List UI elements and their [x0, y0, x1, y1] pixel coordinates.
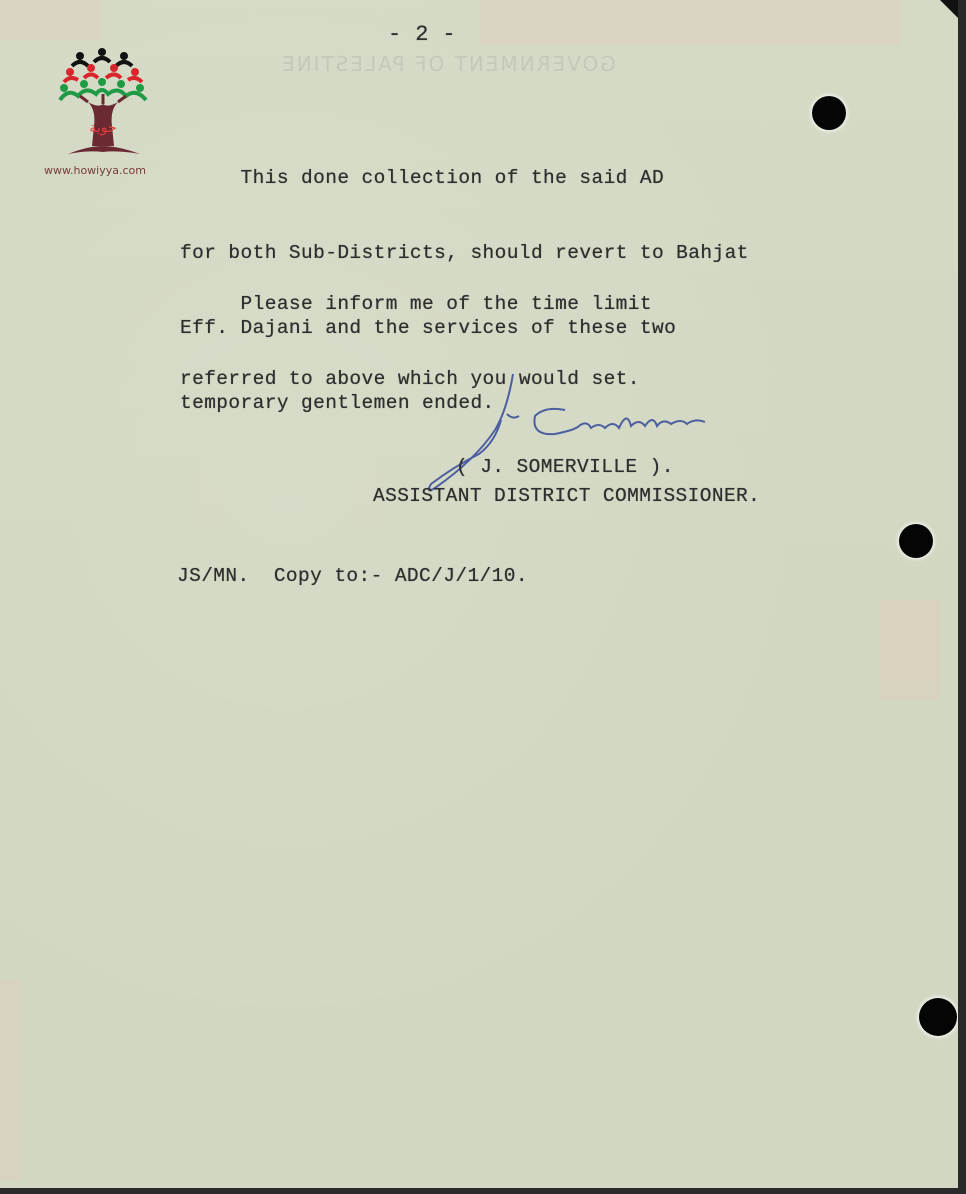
page-number: - 2 -	[388, 22, 456, 47]
text-line: This done collection of the said AD	[180, 166, 749, 191]
signatory-title: ASSISTANT DISTRICT COMMISSIONER.	[373, 484, 760, 509]
punch-hole	[812, 96, 846, 130]
paper-stain	[0, 0, 100, 40]
paper-stain	[0, 980, 22, 1180]
reference-line: JS/MN. Copy to:- ADC/J/1/10.	[177, 564, 528, 589]
tree-with-people-icon: حوية	[58, 46, 148, 162]
svg-text:حوية: حوية	[89, 120, 116, 136]
handwritten-signature-icon	[395, 370, 735, 500]
paper-stain	[880, 600, 940, 700]
bleed-through-text: GOVERNMENT OF PALESTINE	[280, 52, 616, 76]
scan-edge	[0, 1188, 966, 1194]
document-page: GOVERNMENT OF PALESTINE حوية www.howiyya…	[0, 0, 958, 1188]
punch-hole	[899, 524, 933, 558]
text-line: Please inform me of the time limit	[180, 292, 652, 317]
watermark-url: www.howiyya.com	[44, 164, 164, 177]
watermark-logo: حوية www.howiyya.com	[44, 46, 164, 177]
punch-hole	[919, 998, 957, 1036]
paper-stain	[480, 0, 900, 45]
scan-edge	[958, 0, 966, 1194]
signatory-name: ( J. SOMERVILLE ).	[456, 455, 674, 480]
